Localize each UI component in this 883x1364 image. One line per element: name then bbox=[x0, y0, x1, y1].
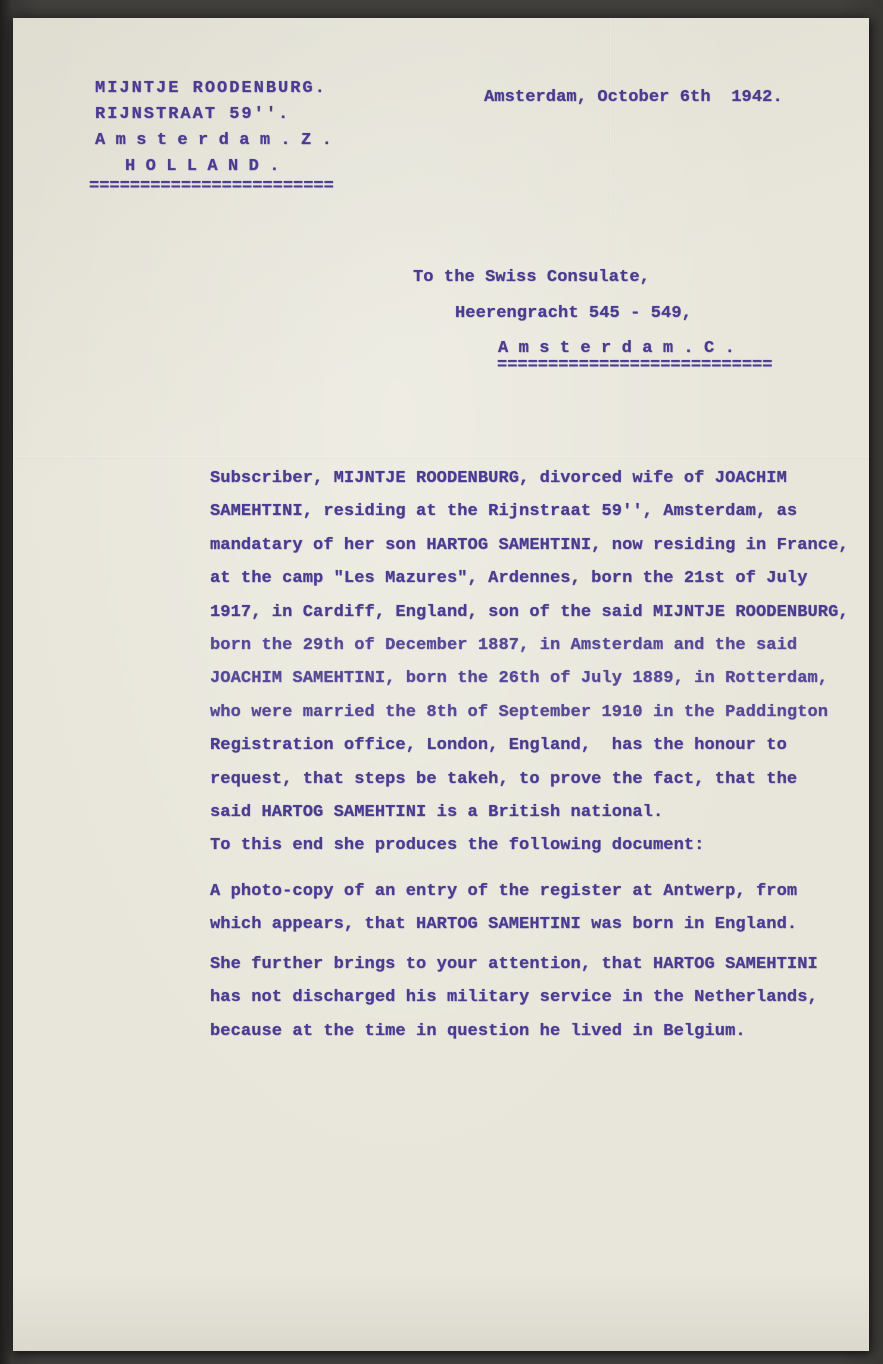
body-line: Subscriber, MIJNTJE ROODENBURG, divorced… bbox=[210, 462, 849, 495]
sender-address-block: MIJNTJE ROODENBURG. RIJNSTRAAT 59''. A m… bbox=[95, 76, 334, 200]
body-line: To this end she produces the following d… bbox=[210, 829, 849, 862]
sender-divider-rule: ======================== bbox=[89, 174, 334, 200]
scanned-letter-stage: MIJNTJE ROODENBURG. RIJNSTRAAT 59''. A m… bbox=[0, 0, 883, 1364]
body-line: mandatary of her son HARTOG SAMEHTINI, n… bbox=[210, 529, 849, 562]
paper-fold-crease-vertical bbox=[609, 18, 612, 268]
body-paragraph-1: Subscriber, MIJNTJE ROODENBURG, divorced… bbox=[210, 462, 849, 863]
body-line: said HARTOG SAMEHTINI is a British natio… bbox=[210, 796, 849, 829]
body-line: who were married the 8th of September 19… bbox=[210, 696, 849, 729]
letter-dateline: Amsterdam, October 6th 1942. bbox=[484, 88, 783, 107]
recipient-line2: Heerengracht 545 - 549, bbox=[413, 296, 772, 332]
recipient-address-block: To the Swiss Consulate, Heerengracht 545… bbox=[413, 260, 772, 379]
recipient-line1: To the Swiss Consulate, bbox=[413, 260, 772, 296]
body-line: at the camp "Les Mazures", Ardennes, bor… bbox=[210, 562, 849, 595]
body-paragraph-3: She further brings to your attention, th… bbox=[210, 948, 818, 1048]
body-line: JOACHIM SAMEHTINI, born the 26th of July… bbox=[210, 662, 849, 695]
body-line: A photo-copy of an entry of the register… bbox=[210, 875, 797, 908]
sender-street: RIJNSTRAAT 59''. bbox=[95, 102, 334, 128]
sender-name: MIJNTJE ROODENBURG. bbox=[95, 76, 334, 102]
body-line: 1917, in Cardiff, England, son of the sa… bbox=[210, 596, 849, 629]
body-line: request, that steps be takeh, to prove t… bbox=[210, 763, 849, 796]
body-line: born the 29th of December 1887, in Amste… bbox=[210, 629, 849, 662]
body-line: SAMEHTINI, residing at the Rijnstraat 59… bbox=[210, 495, 849, 528]
body-line: Registration office, London, England, ha… bbox=[210, 729, 849, 762]
letter-paper: MIJNTJE ROODENBURG. RIJNSTRAAT 59''. A m… bbox=[13, 18, 869, 1351]
sender-city: A m s t e r d a m . Z . bbox=[95, 128, 334, 154]
body-line: because at the time in question he lived… bbox=[210, 1015, 818, 1048]
body-paragraph-2: A photo-copy of an entry of the register… bbox=[210, 875, 797, 942]
paper-fold-crease-horizontal bbox=[13, 456, 869, 459]
body-line: has not discharged his military service … bbox=[210, 981, 818, 1014]
body-line: which appears, that HARTOG SAMEHTINI was… bbox=[210, 908, 797, 941]
recipient-divider-rule: =========================== bbox=[413, 353, 772, 379]
body-line: She further brings to your attention, th… bbox=[210, 948, 818, 981]
